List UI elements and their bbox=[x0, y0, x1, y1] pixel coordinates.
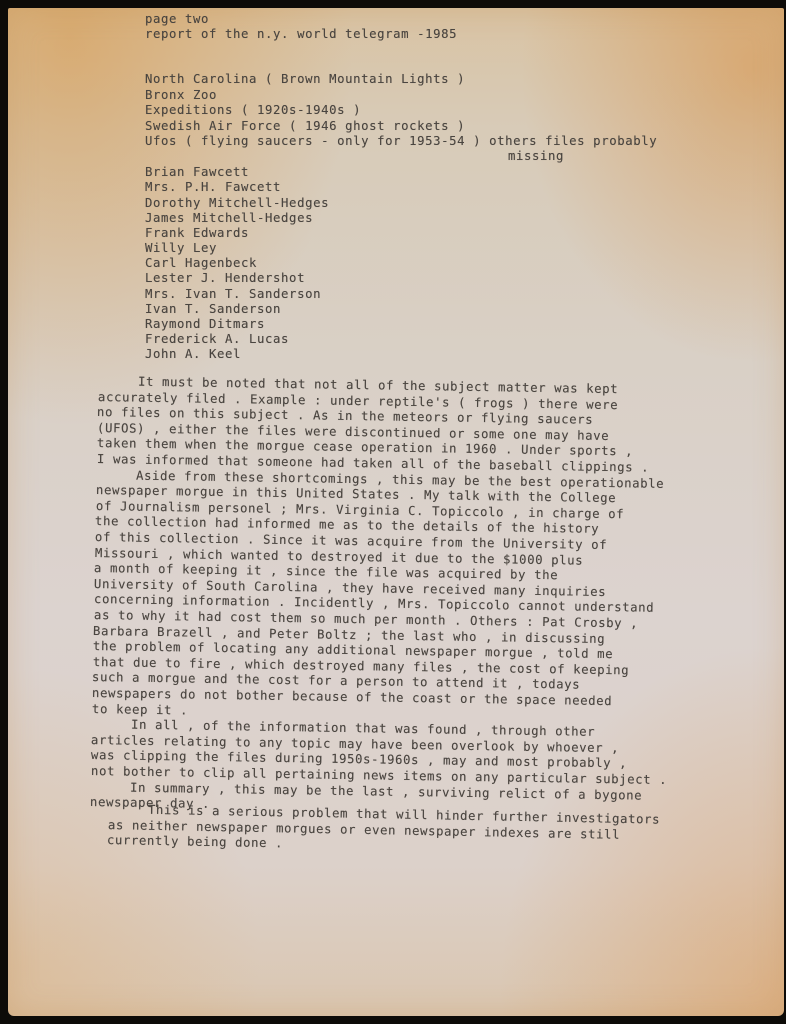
subject-note: missing bbox=[508, 149, 564, 163]
person-name: Dorothy Mitchell-Hedges bbox=[145, 196, 329, 210]
person-name: John A. Keel bbox=[145, 347, 241, 361]
body-line: to keep it . bbox=[92, 702, 188, 718]
subject-item: Expeditions ( 1920s-1940s ) bbox=[145, 103, 361, 117]
person-name: Ivan T. Sanderson bbox=[145, 302, 281, 316]
person-name: Carl Hagenbeck bbox=[145, 256, 257, 270]
person-name: Willy Ley bbox=[145, 241, 217, 255]
person-name: Lester J. Hendershot bbox=[145, 271, 305, 285]
person-name: Mrs. P.H. Fawcett bbox=[145, 180, 281, 194]
closing-line: currently being done . bbox=[107, 833, 283, 850]
person-name: Frank Edwards bbox=[145, 226, 249, 240]
person-name: Frederick A. Lucas bbox=[145, 332, 289, 346]
person-name: James Mitchell-Hedges bbox=[145, 211, 313, 225]
page-label: page two bbox=[145, 12, 209, 26]
person-name: Raymond Ditmars bbox=[145, 317, 265, 331]
subject-item: Bronx Zoo bbox=[145, 88, 217, 102]
subject-item: Swedish Air Force ( 1946 ghost rockets ) bbox=[145, 119, 465, 133]
person-name: Mrs. Ivan T. Sanderson bbox=[145, 287, 321, 301]
subject-item: North Carolina ( Brown Mountain Lights ) bbox=[145, 72, 465, 86]
report-title: report of the n.y. world telegram -1985 bbox=[145, 27, 457, 41]
subject-item: Ufos ( flying saucers - only for 1953-54… bbox=[145, 134, 657, 148]
person-name: Brian Fawcett bbox=[145, 165, 249, 179]
typewritten-page: page two report of the n.y. world telegr… bbox=[8, 8, 784, 1016]
